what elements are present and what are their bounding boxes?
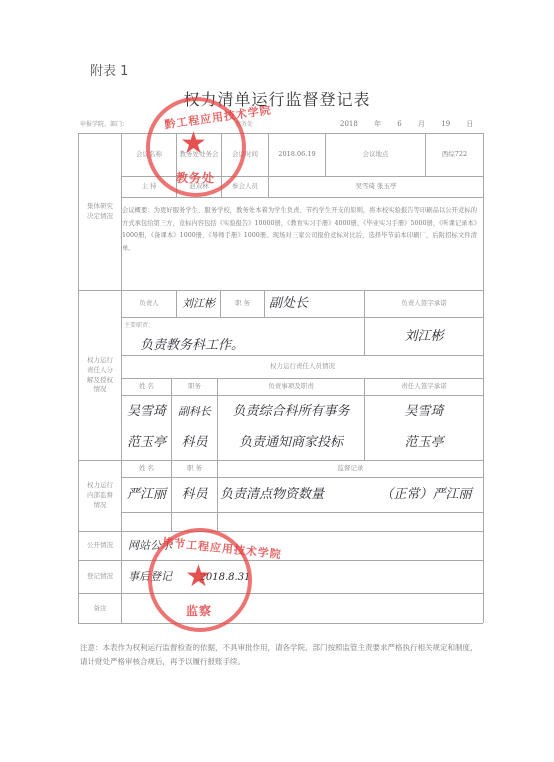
date-day: 19: [441, 120, 450, 128]
attendees-value: 吴雪琦 张玉亭: [269, 177, 483, 197]
staff-signature: 吴雪琦: [365, 398, 483, 426]
row-divider: [121, 395, 483, 396]
remarks-label: 备注: [79, 594, 121, 623]
internal-col-record: 监督记录: [218, 461, 483, 477]
internal-position: 科员: [172, 478, 217, 512]
position-value: 副处长: [265, 291, 368, 317]
staff-name: 范玉亭: [122, 428, 171, 458]
internal-col-position: 职 务: [172, 461, 217, 477]
annex-label: 附表 1: [90, 60, 128, 79]
internal-section-label: 权力运行内部监督情况: [79, 461, 121, 531]
supervision-seal: 毕节工程应用技术学院 ★ 监察: [148, 528, 252, 632]
row-divider: [121, 197, 483, 198]
meeting-time-value: 2018.06.19: [269, 134, 325, 176]
main-duties-label: 主要职责：: [124, 320, 154, 329]
date-year: 2018: [340, 120, 358, 128]
staff-duty: 负责通知商家投标: [218, 428, 364, 458]
staff-duty: 负责综合科所有事务: [218, 398, 364, 426]
page-title: 权力清单运行监督登记表: [0, 87, 554, 110]
date-year-unit: 年: [374, 120, 381, 128]
main-duties-value: 负责教务科工作。: [140, 334, 244, 353]
position-label: 职 务: [221, 291, 264, 317]
seal-inner-text: 监察: [186, 602, 212, 619]
meeting-place-value: 西综722: [426, 134, 483, 176]
footer-note: 注意：本表作为权利运行监督检查的依据，不具审批作用，请各学院、部门按照监管主责要…: [80, 641, 480, 669]
staff-col-signature: 责任人签字承诺: [365, 379, 483, 395]
registration-label: 登记情况: [79, 561, 121, 593]
staff-name: 吴雪琦: [122, 398, 171, 426]
row-divider: [121, 512, 483, 513]
meeting-summary: 会议概要：为更好服务学生、服务学校，教务处本着为学生负责、节约学生开支的原则，将…: [122, 205, 477, 255]
date-month: 6: [397, 120, 401, 128]
internal-name: 严江丽: [122, 478, 171, 512]
meeting-place-label: 会议地点: [326, 134, 425, 176]
internal-col-name: 姓 名: [122, 461, 171, 477]
form-date: 2018 年 6 月 19 日: [340, 119, 487, 129]
unit-label: 申报学院、部门：: [80, 119, 128, 128]
date-month-unit: 月: [418, 120, 425, 128]
staff-position: 副科长: [172, 398, 217, 426]
staff-col-name: 姓 名: [122, 379, 171, 395]
principal-sign-label: 负责人签字承诺: [365, 291, 483, 317]
internal-result: （正常）严江丽: [370, 478, 482, 512]
table-border-bottom: [78, 623, 483, 624]
responsibility-section-label: 权力运行责任人分解及授权情况: [79, 291, 121, 460]
seal-outer-text: 毕节工程应用技术学院: [161, 534, 282, 562]
staff-signature: 范玉亭: [365, 428, 483, 458]
star-icon: ★: [185, 562, 212, 592]
principal-value: 刘江彬: [177, 291, 220, 317]
date-day-unit: 日: [466, 120, 473, 128]
internal-record: 负责清点物资数量: [220, 478, 370, 512]
principal-signature: 刘江彬: [365, 318, 483, 355]
collective-section-label: 集体研究决定情况: [79, 134, 121, 290]
staff-col-position: 职务: [172, 379, 217, 395]
seal-inner-text: 教务处: [176, 169, 215, 186]
staff-header: 权力运行责任人员情况: [122, 356, 483, 378]
table-border-right: [483, 133, 484, 623]
department-seal: 黔工程应用技术学院 ★ 教务处: [146, 97, 246, 197]
disclosure-label: 公开情况: [79, 532, 121, 560]
staff-position: 科员: [172, 428, 217, 458]
principal-label: 负责人: [122, 291, 176, 317]
star-icon: ★: [180, 129, 207, 159]
staff-col-duty: 负责事项及职责: [218, 379, 364, 395]
